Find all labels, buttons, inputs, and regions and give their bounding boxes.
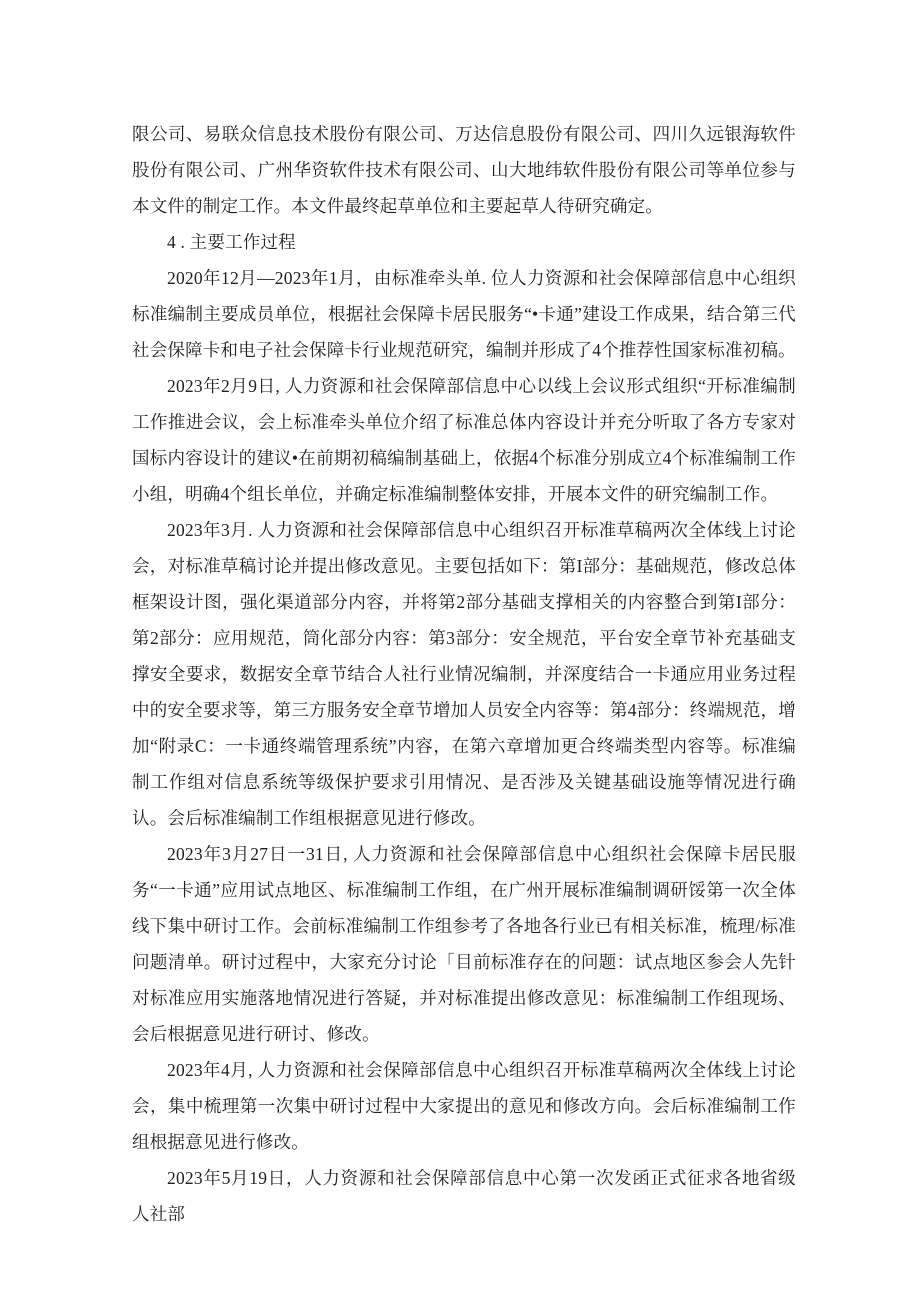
paragraph-2023-04-opinion-review: 2023年4月, 人力资源和社会保障部信息中心组织召开标准草稿两次全体线上讨论会… bbox=[132, 1052, 796, 1160]
paragraph-2023-03-draft-discussions: 2023年3月. 人力资源和社会保障部信息中心组织召开标准草稿两次全体线上讨论会… bbox=[132, 512, 796, 836]
paragraph-2023-02-09-online-meeting: 2023年2月9日, 人力资源和社会保障部信息中心以线上会议形式组织“开标准编制… bbox=[132, 368, 796, 512]
document-page: 限公司、易联众信息技术股份有限公司、万达信息股份有限公司、四川久远银海软件股份有… bbox=[0, 0, 920, 1301]
paragraph-2020-12-initial-drafts: 2020年12月—2023年1月，由标准牵头单. 位人力资源和社会保障部信息中心… bbox=[132, 260, 796, 368]
paragraph-2023-05-19-solicitation: 2023年5月19日，人力资源和社会保障部信息中心第一次发函正式征求各地省级人社… bbox=[132, 1160, 796, 1232]
paragraph-drafting-units-continuation: 限公司、易联众信息技术股份有限公司、万达信息股份有限公司、四川久远银海软件股份有… bbox=[132, 116, 796, 224]
document-text-block: 限公司、易联众信息技术股份有限公司、万达信息股份有限公司、四川久远银海软件股份有… bbox=[132, 116, 796, 1232]
section-heading-main-work-process: 4 . 主要工作过程 bbox=[132, 224, 796, 260]
paragraph-2023-03-27-guangzhou-research: 2023年3月27日一31日, 人力资源和社会保障部信息中心组织社会保障卡居民服… bbox=[132, 836, 796, 1052]
